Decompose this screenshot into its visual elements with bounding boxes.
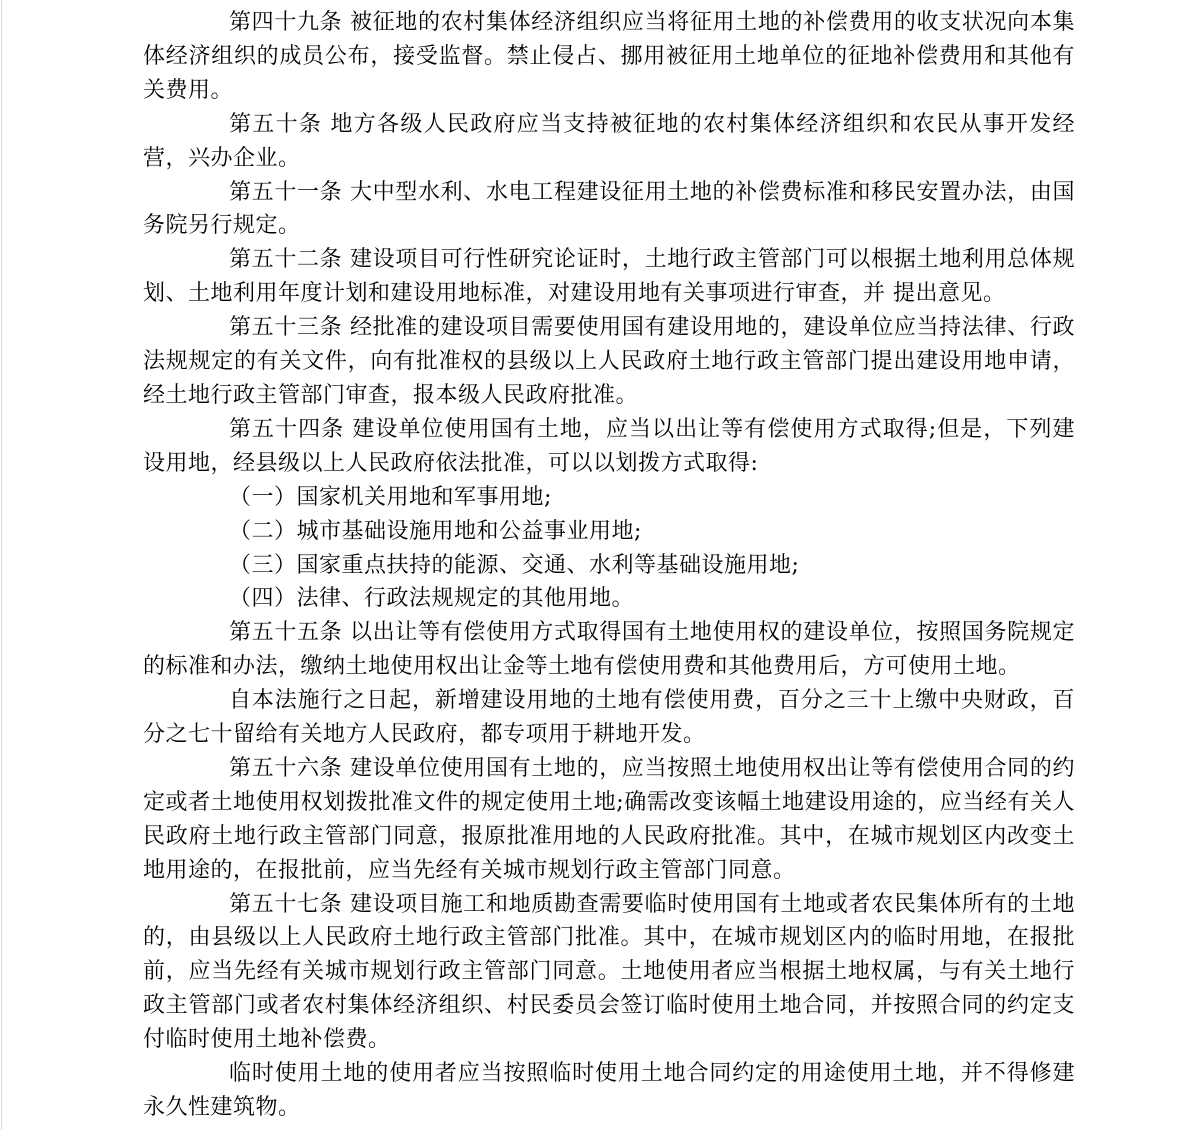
list-item-2: （二）城市基础设施用地和公益事业用地; bbox=[143, 515, 1075, 549]
para-article-52: 第五十二条 建设项目可行性研究论证时，土地行政主管部门可以根据土地利用总体规划、… bbox=[143, 243, 1075, 311]
para-article-49: 第四十九条 被征地的农村集体经济组织应当将征用土地的补偿费用的收支状况向本集体经… bbox=[143, 6, 1075, 108]
para-article-53: 第五十三条 经批准的建设项目需要使用国有建设用地的，建设单位应当持法律、行政法规… bbox=[143, 311, 1075, 413]
para-article-55: 第五十五条 以出让等有偿使用方式取得国有土地使用权的建设单位，按照国务院规定的标… bbox=[143, 616, 1075, 684]
page-left-edge bbox=[1, 0, 2, 1130]
para-article-51: 第五十一条 大中型水利、水电工程建设征用土地的补偿费标准和移民安置办法，由国务院… bbox=[143, 176, 1075, 244]
para-article-50: 第五十条 地方各级人民政府应当支持被征地的农村集体经济组织和农民从事开发经营，兴… bbox=[143, 108, 1075, 176]
para-article-57: 第五十七条 建设项目施工和地质勘查需要临时使用国有土地或者农民集体所有的土地的，… bbox=[143, 888, 1075, 1058]
list-item-3: （三）国家重点扶持的能源、交通、水利等基础设施用地; bbox=[143, 549, 1075, 583]
document-page: 第四十九条 被征地的农村集体经济组织应当将征用土地的补偿费用的收支状况向本集体经… bbox=[0, 0, 1200, 1130]
para-article-55-clause2: 自本法施行之日起，新增建设用地的土地有偿使用费，百分之三十上缴中央财政，百分之七… bbox=[143, 684, 1075, 752]
list-item-1: （一）国家机关用地和军事用地; bbox=[143, 481, 1075, 515]
para-article-57-clause2: 临时使用土地的使用者应当按照临时使用土地合同约定的用途使用土地，并不得修建永久性… bbox=[143, 1057, 1075, 1125]
para-article-56: 第五十六条 建设单位使用国有土地的，应当按照土地使用权出让等有偿使用合同的约定或… bbox=[143, 752, 1075, 888]
list-item-4: （四）法律、行政法规规定的其他用地。 bbox=[143, 582, 1075, 616]
para-article-54-intro: 第五十四条 建设单位使用国有土地，应当以出让等有偿使用方式取得;但是，下列建设用… bbox=[143, 413, 1075, 481]
